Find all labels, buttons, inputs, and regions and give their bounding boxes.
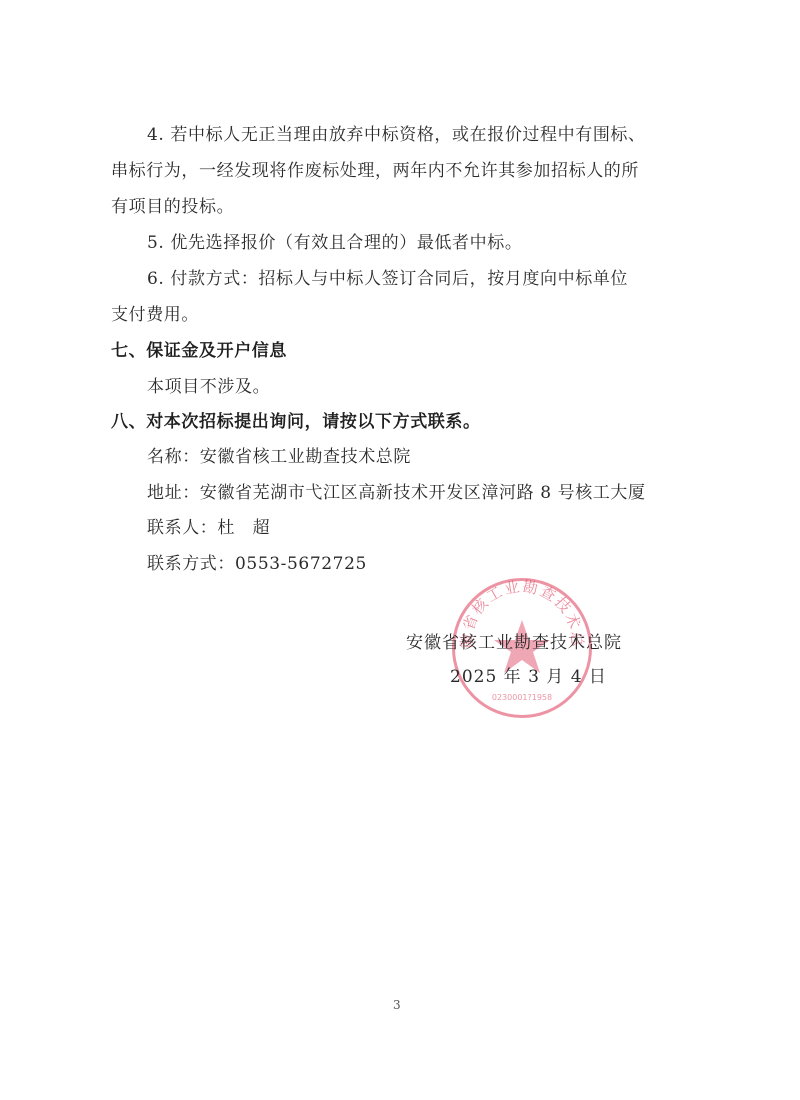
section7-body: 本项目不涉及。 (147, 377, 270, 397)
contact-phone: 联系方式：0553-5672725 (147, 554, 367, 574)
contact-name: 名称：安徽省核工业勘查技术总院 (147, 447, 411, 467)
page-number: 3 (393, 998, 401, 1012)
item4-line3: 有项目的投标。 (111, 197, 234, 217)
signature-date: 2025 年 3 月 4 日 (450, 667, 607, 687)
item4-line2: 串标行为，一经发现将作废标处理，两年内不允许其参加招标人的所 (111, 161, 639, 181)
section7-heading: 七、保证金及开户信息 (111, 341, 287, 361)
contact-person: 联系人：杜 超 (147, 518, 270, 538)
item6-line1: 6. 付款方式：招标人与中标人签订合同后，按月度向中标单位 (147, 269, 628, 289)
section8-heading: 八、对本次招标提出询问，请按以下方式联系。 (111, 412, 481, 432)
svg-text:0230001?1958: 0230001?1958 (492, 693, 552, 702)
item6-line2: 支付费用。 (111, 305, 199, 325)
signature-organization: 安徽省核工业勘查技术总院 (406, 633, 622, 653)
item5: 5. 优先选择报价（有效且合理的）最低者中标。 (147, 233, 522, 253)
contact-address: 地址：安徽省芜湖市弋江区高新技术开发区漳河路 8 号核工大厦 (147, 483, 646, 503)
item4-line1: 4. 若中标人无正当理由放弃中标资格，或在报价过程中有围标、 (147, 125, 646, 145)
